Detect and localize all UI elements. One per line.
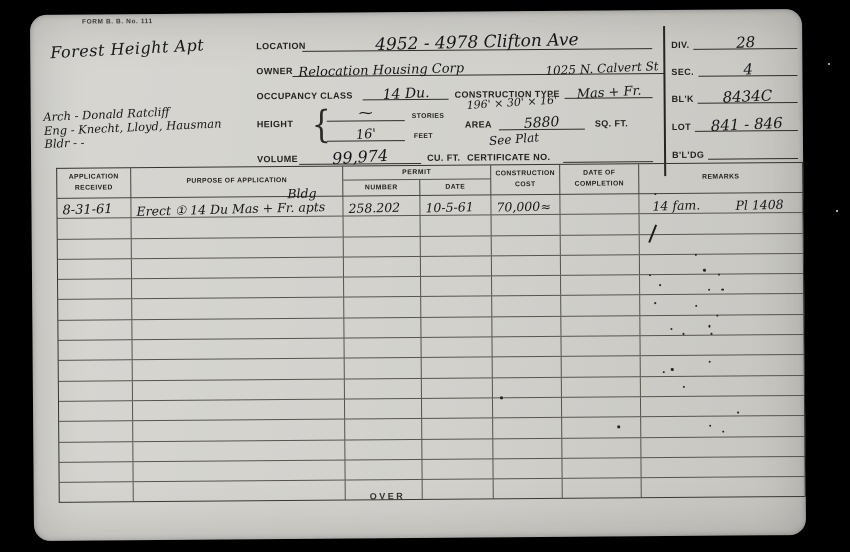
cell-date-of-completion (562, 458, 641, 478)
volume-field: 99,974 (299, 142, 421, 165)
cell-remarks (641, 457, 804, 478)
cell-date-of-completion (561, 275, 640, 295)
scan-background: { "colors": { "background": "#000000", "… (0, 0, 850, 552)
cell-construction-cost (492, 317, 561, 337)
cell-remarks (640, 213, 803, 234)
lot-label: LOT (672, 122, 695, 132)
cell-purpose (132, 257, 344, 278)
cell-construction-cost (493, 418, 562, 438)
feet-field: 16' (327, 123, 405, 142)
cell-construction-cost (493, 438, 562, 458)
over-label: OVER (370, 491, 406, 501)
cell-permit-date (422, 378, 493, 398)
cell-permit-number (344, 318, 421, 338)
location-value: 4952 - 4978 Clifton Ave (375, 32, 579, 54)
cell-date-of-completion (561, 336, 640, 356)
cell-purpose (133, 420, 345, 441)
owner-name-value: Relocation Housing Corp (298, 62, 464, 79)
form-number: FORM B. B. No. 111 (82, 18, 153, 26)
cell-purpose (133, 400, 345, 421)
cell-construction-cost (492, 276, 561, 296)
cell-permit-number (344, 277, 421, 297)
dust-speck (828, 63, 830, 65)
cell-application-received (59, 462, 133, 482)
cell-permit-number (345, 460, 422, 480)
cell-remarks (640, 254, 803, 275)
occupancy-class-field: 14 Du. (362, 80, 448, 101)
cell-permit-date (421, 277, 492, 297)
cell-purpose (132, 318, 344, 339)
cell-permit-date (422, 459, 493, 479)
cell-permit-number (345, 379, 422, 399)
area-unit-label: SQ. FT. (595, 118, 628, 128)
professionals-note: Arch - Donald Ratcliff Eng - Knecht, Llo… (43, 103, 222, 151)
cell-permit-number (345, 419, 422, 439)
cell-purpose (132, 237, 344, 258)
blk-field: 8434C (698, 87, 798, 104)
cell-remarks (640, 335, 803, 356)
cell-permit-date (422, 419, 493, 439)
cell-construction-cost (492, 256, 561, 276)
parcel-row-blk: BL'K 8434C (671, 76, 797, 104)
cell-application-received: 8-31-61 (57, 198, 131, 218)
sec-value: 4 (743, 62, 753, 77)
cell-purpose (132, 278, 344, 299)
cell-permit-date (422, 358, 493, 378)
cell-purpose (133, 460, 345, 481)
cell-permit-number (344, 257, 421, 277)
cell-purpose (134, 481, 346, 502)
cell-remarks (641, 376, 804, 397)
project-name: Forest Height Apt (50, 37, 205, 61)
cell-remarks (640, 294, 803, 315)
header-date-of-completion: DATE OF COMPLETION (560, 164, 639, 195)
header-permit-group: PERMIT NUMBER DATE (343, 165, 491, 196)
volume-unit-label: CU. FT. (427, 153, 460, 163)
dust-speck (836, 210, 838, 212)
cell-date-of-completion (561, 255, 640, 275)
cell-purpose (133, 359, 345, 380)
cell-construction-cost (492, 235, 561, 255)
cell-permit-date (422, 439, 493, 459)
cell-permit-date (421, 297, 492, 317)
stories-field: ⁓ (327, 103, 405, 122)
cell-date-of-completion (561, 235, 640, 255)
cell-permit-date (421, 337, 492, 357)
cell-date-of-completion (561, 316, 640, 336)
bldg-label: B'L'DG (672, 150, 708, 160)
stories-label: STORIES (412, 113, 445, 120)
cell-permit-number (344, 237, 421, 257)
cell-date-of-completion (561, 215, 640, 235)
div-label: DIV. (671, 40, 693, 50)
owner-label: OWNER (256, 66, 293, 76)
cell-application-received (58, 219, 132, 239)
cell-remarks (641, 396, 804, 417)
permit-record-card: FORM B. B. No. 111 Forest Height Apt Arc… (30, 9, 806, 541)
construction-type-field: Mas + Fr. (564, 78, 652, 99)
cell-purpose: Erect ① 14 Du Mas + Fr. apts Bldg (131, 197, 343, 218)
parcel-box-divider (663, 26, 666, 176)
parcel-row-div: DIV. 28 (671, 22, 797, 50)
cell-permit-date (421, 216, 492, 236)
cell-application-received (59, 401, 133, 421)
cell-construction-cost (493, 459, 562, 479)
cell-application-received (58, 239, 132, 259)
cell-application-received (58, 320, 132, 340)
cell-permit-number (345, 399, 422, 419)
header-application-received: APPLICATION RECEIVED (57, 168, 131, 199)
cell-remarks (640, 234, 803, 255)
height-label: HEIGHT (257, 119, 293, 129)
cell-permit-number (344, 297, 421, 317)
location-label: LOCATION (256, 41, 306, 51)
cell-construction-cost (493, 357, 562, 377)
occupancy-class-label: OCCUPANCY CLASS (257, 91, 353, 102)
cell-application-received (59, 361, 133, 381)
area-value: 5880 (524, 115, 560, 131)
cell-construction-cost (494, 479, 563, 499)
cell-application-received (59, 422, 133, 442)
cell-construction-cost (492, 296, 561, 316)
cell-purpose (133, 379, 345, 400)
cell-purpose (133, 339, 345, 360)
feet-label: FEET (414, 133, 433, 140)
cell-remarks (641, 416, 804, 437)
cell-permit-number (344, 216, 421, 236)
certificate-field (563, 142, 653, 163)
cell-permit-number (344, 338, 421, 358)
cell-application-received (58, 300, 132, 320)
volume-value: 99,974 (332, 148, 389, 167)
cell-purpose (132, 298, 344, 319)
cell-construction-cost (493, 378, 562, 398)
lot-field: 841 - 846 (695, 115, 798, 132)
cell-date-of-completion (560, 194, 639, 214)
feet-value: 16' (355, 128, 376, 143)
location-field: 4952 - 4978 Clifton Ave (302, 28, 652, 52)
stories-value: ⁓ (359, 106, 373, 120)
cell-date-of-completion (562, 418, 641, 438)
header-permit-date: DATE (420, 179, 490, 195)
sec-label: SEC. (671, 67, 698, 77)
cell-remarks: 14 fam. Pl 1408 (639, 193, 802, 214)
cell-application-received (58, 279, 132, 299)
certificate-label: CERTIFICATE NO. (467, 152, 550, 163)
see-plat-note: See Plat (489, 131, 540, 147)
cell-remarks (641, 355, 804, 376)
cell-application-received (59, 381, 133, 401)
cell-date-of-completion (562, 397, 641, 417)
cell-application-received (59, 340, 133, 360)
cell-remarks (640, 315, 803, 336)
blk-label: BL'K (672, 94, 698, 104)
header-remarks: REMARKS (639, 163, 802, 194)
purpose-insertion-note: Bldg (287, 188, 316, 201)
div-field: 28 (693, 33, 797, 50)
parcel-row-lot: LOT 841 - 846 (672, 104, 798, 132)
cell-date-of-completion (562, 377, 641, 397)
ink-specks (30, 9, 802, 15)
construction-type-value: Mas + Fr. (576, 85, 642, 102)
cell-purpose (133, 440, 345, 461)
cell-permit-number (345, 358, 422, 378)
cell-permit-date (422, 398, 493, 418)
cell-permit-date: 10-5-61 (420, 195, 491, 215)
cell-remarks (641, 437, 804, 458)
cell-remarks (640, 274, 803, 295)
area-field: 5880 (499, 110, 585, 131)
cell-date-of-completion (562, 438, 641, 458)
area-label: AREA (465, 119, 492, 129)
cell-permit-date (423, 480, 494, 500)
header-permit-number: NUMBER (343, 180, 420, 196)
volume-label: VOLUME (257, 154, 298, 164)
cell-purpose (132, 217, 344, 238)
cell-construction-cost: 70,000≈ (491, 195, 560, 215)
cell-date-of-completion (561, 296, 640, 316)
cell-application-received (60, 482, 134, 502)
cell-permit-date (421, 317, 492, 337)
cell-date-of-completion (563, 478, 642, 498)
header-construction-cost: CONSTRUCTION COST (491, 165, 560, 196)
cell-application-received (58, 259, 132, 279)
parcel-row-sec: SEC. 4 (671, 49, 797, 77)
table-body: 8-31-61 Erect ① 14 Du Mas + Fr. apts Bld… (57, 193, 804, 502)
header-permit: PERMIT (343, 165, 490, 180)
cell-construction-cost (492, 215, 561, 235)
cell-construction-cost (492, 337, 561, 357)
parcel-row-bldg: B'L'DG (672, 132, 798, 160)
cell-permit-number (345, 440, 422, 460)
cell-remarks (642, 477, 805, 498)
cell-application-received (59, 442, 133, 462)
cell-permit-date (421, 256, 492, 276)
owner-address-value: 1025 N. Calvert St (545, 60, 659, 77)
occupancy-class-value: 14 Du. (382, 86, 430, 102)
cell-construction-cost (493, 398, 562, 418)
cell-permit-number: 258.202 (343, 196, 420, 216)
permit-table: APPLICATION RECEIVED PURPOSE OF APPLICAT… (56, 162, 806, 503)
sec-field: 4 (698, 60, 798, 77)
cell-permit-date (421, 236, 492, 256)
cell-date-of-completion (562, 357, 641, 377)
blk-value: 8434C (723, 88, 773, 105)
bldg-field (708, 158, 798, 160)
owner-field: Relocation Housing Corp 1025 N. Calvert … (292, 54, 664, 77)
